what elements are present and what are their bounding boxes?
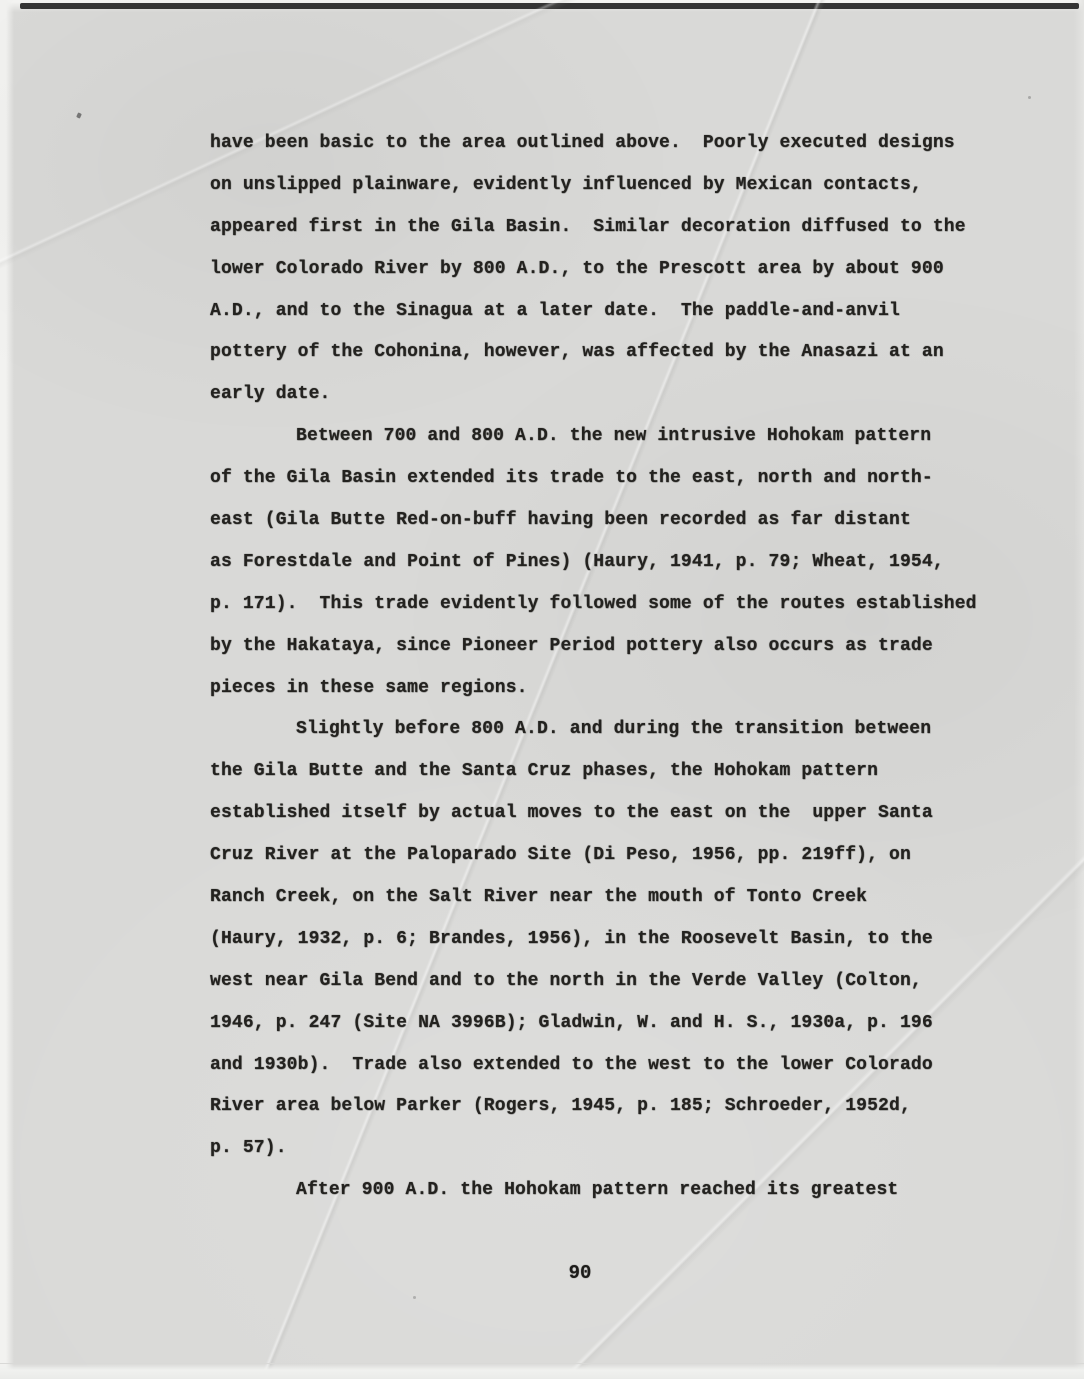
text-line: (Haury, 1932, p. 6; Brandes, 1956), in t… — [210, 919, 1000, 961]
text-line: p. 57). — [210, 1128, 1000, 1170]
text-line: A.D., and to the Sinagua at a later date… — [210, 291, 1000, 333]
scan-bottom-edge-strip — [0, 1363, 1084, 1379]
text-line: Cruz River at the Paloparado Site (Di Pe… — [210, 835, 1000, 877]
page-number: 90 — [0, 1262, 1084, 1284]
text-line: established itself by actual moves to th… — [210, 793, 1000, 835]
text-line: p. 171). This trade evidently followed s… — [210, 584, 1000, 626]
text-line: pieces in these same regions. — [210, 668, 1000, 710]
text-line: appeared first in the Gila Basin. Simila… — [210, 207, 1000, 249]
text-line: as Forestdale and Point of Pines) (Haury… — [210, 542, 1000, 584]
ink-speck — [76, 112, 82, 118]
typewritten-text-block: have been basic to the area outlined abo… — [210, 123, 1000, 1212]
text-line: of the Gila Basin extended its trade to … — [210, 458, 1000, 500]
text-line: east (Gila Butte Red-on-buff having been… — [210, 500, 1000, 542]
text-line: by the Hakataya, since Pioneer Period po… — [210, 626, 1000, 668]
text-line: lower Colorado River by 800 A.D., to the… — [210, 249, 1000, 291]
text-line: Slightly before 800 A.D. and during the … — [210, 709, 1000, 751]
scan-top-edge-bar — [20, 3, 1079, 9]
scanned-document-page: have been basic to the area outlined abo… — [0, 0, 1084, 1379]
text-line: River area below Parker (Rogers, 1945, p… — [210, 1086, 1000, 1128]
text-line: Ranch Creek, on the Salt River near the … — [210, 877, 1000, 919]
text-line: 1946, p. 247 (Site NA 3996B); Gladwin, W… — [210, 1003, 1000, 1045]
text-line: have been basic to the area outlined abo… — [210, 123, 1000, 165]
text-line: and 1930b). Trade also extended to the w… — [210, 1045, 1000, 1087]
text-line: early date. — [210, 374, 1000, 416]
text-line: on unslipped plainware, evidently influe… — [210, 165, 1000, 207]
text-line: the Gila Butte and the Santa Cruz phases… — [210, 751, 1000, 793]
text-line: After 900 A.D. the Hohokam pattern reach… — [210, 1170, 1000, 1212]
ink-speck — [1028, 96, 1031, 99]
text-line: Between 700 and 800 A.D. the new intrusi… — [210, 416, 1000, 458]
text-line: west near Gila Bend and to the north in … — [210, 961, 1000, 1003]
text-line: pottery of the Cohonina, however, was af… — [210, 332, 1000, 374]
ink-speck — [413, 1296, 416, 1299]
